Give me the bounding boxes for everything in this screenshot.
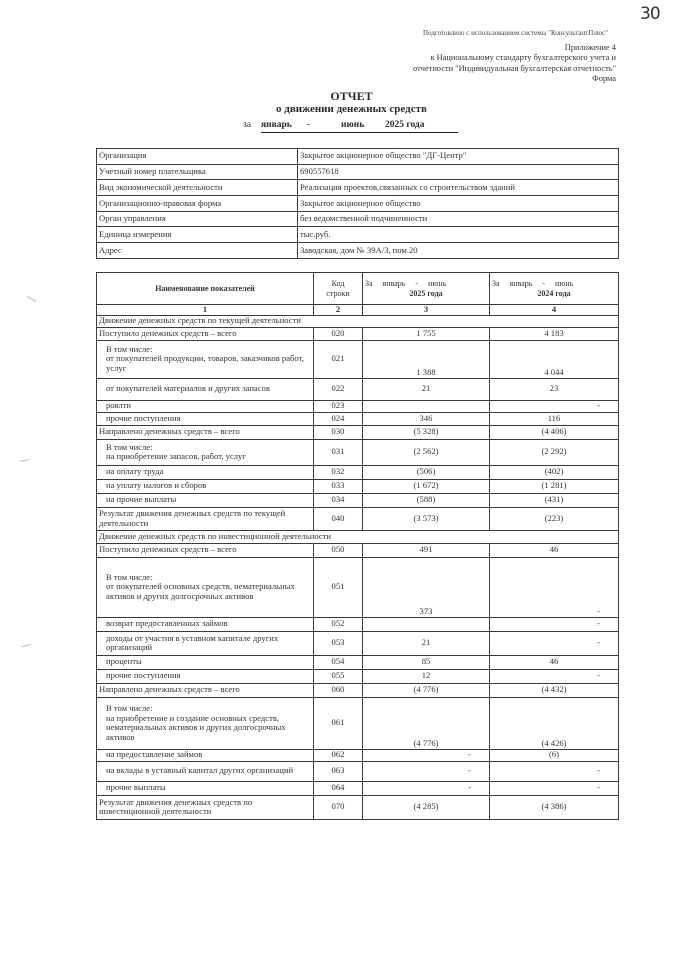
- row-name-text: на оплату труда: [106, 467, 311, 477]
- row-value-current: (1 672): [363, 479, 490, 493]
- column-number-row: 1 2 3 4: [97, 305, 619, 316]
- row-code: 063: [314, 761, 363, 781]
- row-name-text: на приобретение и создание основных сред…: [106, 714, 311, 743]
- table-row: прочие поступления05512-: [97, 669, 619, 683]
- row-code: 052: [314, 617, 363, 631]
- row-value-current: (4 776): [363, 697, 490, 749]
- row-name: В том числе:на приобретение запасов, раб…: [97, 439, 314, 465]
- table-row: Поступило денежных средств – всего0201 7…: [97, 327, 619, 340]
- row-name: от покупателей материалов и других запас…: [97, 378, 314, 400]
- report-period: заянварь-июнь2025 года: [243, 120, 443, 130]
- info-row: Орган управлениябез ведомственной подчин…: [97, 211, 619, 227]
- row-code: 021: [314, 340, 363, 378]
- period-separator: -: [307, 120, 341, 130]
- info-row: АдресЗаводская, дом № 39А/3, пом.20: [97, 243, 619, 259]
- row-name-text: Поступило денежных средств – всего: [99, 545, 311, 555]
- row-name-text: доходы от участия в уставном капитале др…: [106, 634, 311, 654]
- row-name: возврат предоставленных займов: [97, 617, 314, 631]
- row-code: 022: [314, 378, 363, 400]
- row-code: 031: [314, 439, 363, 465]
- row-name-text: возврат предоставленных займов: [106, 619, 311, 629]
- header-current-period: За январь - июнь2025 года: [363, 273, 490, 305]
- table-row: возврат предоставленных займов052-: [97, 617, 619, 631]
- row-name-text: от покупателей основных средств, нематер…: [106, 582, 311, 602]
- row-value-current: (3 573): [363, 507, 490, 530]
- header-code-line2: строки: [316, 289, 360, 299]
- col-number-3: 3: [363, 305, 490, 316]
- row-name-text: Направлено денежных средств – всего: [99, 685, 311, 695]
- row-code: 032: [314, 465, 363, 479]
- table-row: на уплату налогов и сборов033(1 672)(1 2…: [97, 479, 619, 493]
- row-value-current: 1 755: [363, 327, 490, 340]
- table-row: от покупателей материалов и других запас…: [97, 378, 619, 400]
- table-row: прочие выплаты064--: [97, 781, 619, 795]
- row-value-previous: 116: [490, 412, 619, 425]
- col-number-2: 2: [314, 305, 363, 316]
- info-label: Организационно-правовая форма: [97, 196, 298, 212]
- row-value-current: (4 285): [363, 795, 490, 819]
- row-value-current: (2 562): [363, 439, 490, 465]
- row-name: прочие выплаты: [97, 781, 314, 795]
- row-name-text: на вклады в уставный капитал других орга…: [106, 766, 311, 776]
- table-row: проценты0548546: [97, 655, 619, 669]
- row-value-current: (5 328): [363, 425, 490, 439]
- row-value-previous: (1 281): [490, 479, 619, 493]
- info-label: Орган управления: [97, 211, 298, 227]
- table-row: В том числе:от покупателей основных сред…: [97, 557, 619, 617]
- header-current-line2: 2025 года: [365, 289, 487, 299]
- row-name: Направлено денежных средств – всего: [97, 425, 314, 439]
- row-value-current: 21: [363, 631, 490, 655]
- row-code: 020: [314, 327, 363, 340]
- row-name: на оплату труда: [97, 465, 314, 479]
- organization-info-table: ОрганизацияЗакрытое акционерное общество…: [96, 148, 619, 259]
- row-name: прочие поступления: [97, 669, 314, 683]
- info-label: Организация: [97, 149, 298, 165]
- row-name: на прочие выплаты: [97, 493, 314, 507]
- row-name-text: роялти: [106, 401, 311, 411]
- row-value-current: -: [363, 761, 490, 781]
- period-to: июнь: [341, 120, 385, 130]
- cash-flow-table: Наименование показателей Кодстроки За ян…: [96, 272, 619, 820]
- info-label: Единица измерения: [97, 227, 298, 243]
- row-name-text: проценты: [106, 657, 311, 667]
- row-value-previous: (402): [490, 465, 619, 479]
- row-code: 060: [314, 683, 363, 697]
- row-value-previous: 46: [490, 655, 619, 669]
- row-code: 034: [314, 493, 363, 507]
- header-code: Кодстроки: [314, 273, 363, 305]
- row-value-previous: -: [490, 617, 619, 631]
- info-value: Заводская, дом № 39А/3, пом.20: [298, 243, 619, 259]
- row-value-previous: (4 386): [490, 795, 619, 819]
- report-title: ОТЧЕТ: [12, 89, 679, 104]
- header-code-line1: Код: [316, 279, 360, 289]
- info-value: Закрытое акционерное общество "ДГ-Центр": [298, 149, 619, 165]
- table-row: Направлено денежных средств – всего030(5…: [97, 425, 619, 439]
- row-code: 070: [314, 795, 363, 819]
- info-row: Организационно-правовая формаЗакрытое ак…: [97, 196, 619, 212]
- info-row: Вид экономической деятельностиРеализация…: [97, 180, 619, 196]
- row-value-previous: -: [490, 631, 619, 655]
- row-name-text: Направлено денежных средств – всего: [99, 427, 311, 437]
- scan-artifact: [21, 644, 32, 653]
- info-label: Вид экономической деятельности: [97, 180, 298, 196]
- row-code: 053: [314, 631, 363, 655]
- table-row: В том числе:от покупателей продукции, то…: [97, 340, 619, 378]
- row-name: В том числе:от покупателей продукции, то…: [97, 340, 314, 378]
- period-year: 2025 года: [385, 120, 424, 130]
- row-code: 023: [314, 400, 363, 412]
- row-name: прочие поступления: [97, 412, 314, 425]
- row-value-previous: 4 044: [490, 340, 619, 378]
- row-code: 055: [314, 669, 363, 683]
- row-value-previous: (431): [490, 493, 619, 507]
- header-name: Наименование показателей: [97, 273, 314, 305]
- row-name: роялти: [97, 400, 314, 412]
- row-value-previous: 23: [490, 378, 619, 400]
- row-name-text: прочие выплаты: [106, 783, 311, 793]
- table-row: Результат движения денежных средств по т…: [97, 507, 619, 530]
- scan-artifact: [24, 296, 36, 307]
- row-code: 061: [314, 697, 363, 749]
- row-value-current: 346: [363, 412, 490, 425]
- row-code: 033: [314, 479, 363, 493]
- row-code: 062: [314, 749, 363, 761]
- section-title: Движение денежных средств по текущей дея…: [97, 315, 619, 327]
- appendix-line-4: Форма: [413, 74, 616, 84]
- section-row-investing: Движение денежных средств по инвестицион…: [97, 530, 619, 543]
- info-row: Единица измерениятыс.руб.: [97, 227, 619, 243]
- row-value-current: (588): [363, 493, 490, 507]
- row-value-current: 1 388: [363, 340, 490, 378]
- row-name-text: Поступило денежных средств – всего: [99, 329, 311, 339]
- row-code: 030: [314, 425, 363, 439]
- info-value: Реализация проектов,связанных со строите…: [298, 180, 619, 196]
- row-name: В том числе:от покупателей основных сред…: [97, 557, 314, 617]
- row-name-text: от покупателей продукции, товаров, заказ…: [106, 354, 311, 374]
- row-name-text: на приобретение запасов, работ, услуг: [106, 452, 311, 462]
- row-code: 040: [314, 507, 363, 530]
- row-value-current: 491: [363, 543, 490, 557]
- row-value-previous: -: [490, 669, 619, 683]
- table-row: В том числе:на приобретение и создание о…: [97, 697, 619, 749]
- row-code: 024: [314, 412, 363, 425]
- row-value-previous: -: [490, 781, 619, 795]
- row-value-previous: (4 426): [490, 697, 619, 749]
- row-value-previous: (223): [490, 507, 619, 530]
- info-row: ОрганизацияЗакрытое акционерное общество…: [97, 149, 619, 165]
- row-code: 054: [314, 655, 363, 669]
- report-subtitle: о движении денежных средств: [12, 103, 679, 115]
- row-value-current: 21: [363, 378, 490, 400]
- appendix-line-3: отчетности "Индивидуальная бухгалтерская…: [413, 64, 616, 74]
- row-code: 064: [314, 781, 363, 795]
- table-row: прочие поступления024346116: [97, 412, 619, 425]
- row-name: В том числе:на приобретение и создание о…: [97, 697, 314, 749]
- table-row: В том числе:на приобретение запасов, раб…: [97, 439, 619, 465]
- info-value: тыс.руб.: [298, 227, 619, 243]
- prepared-note: Подготовлено с использованием системы "К…: [423, 29, 608, 37]
- row-name-text: от покупателей материалов и других запас…: [106, 384, 311, 394]
- row-value-previous: (4 406): [490, 425, 619, 439]
- row-name-text: Результат движения денежных средств по и…: [99, 798, 311, 818]
- row-value-current: 85: [363, 655, 490, 669]
- row-name: Результат движения денежных средств по и…: [97, 795, 314, 819]
- handwritten-page-number: 30: [640, 4, 660, 24]
- appendix-block: Приложение 4 к Национальному стандарту б…: [413, 43, 616, 84]
- appendix-line-2: к Национальному стандарту бухгалтерского…: [413, 53, 616, 63]
- row-name-text: прочие поступления: [106, 414, 311, 424]
- row-name: Направлено денежных средств – всего: [97, 683, 314, 697]
- table-row: на предоставление займов062-(6): [97, 749, 619, 761]
- section-row-operating: Движение денежных средств по текущей дея…: [97, 315, 619, 327]
- row-name: на уплату налогов и сборов: [97, 479, 314, 493]
- info-label: Адрес: [97, 243, 298, 259]
- info-value: 690557618: [298, 164, 619, 180]
- section-title: Движение денежных средств по инвестицион…: [97, 530, 619, 543]
- info-value: Закрытое акционерное общество: [298, 196, 619, 212]
- row-value-current: [363, 617, 490, 631]
- header-previous-period: За январь - июнь2024 года: [490, 273, 619, 305]
- row-value-current: (4 776): [363, 683, 490, 697]
- row-name: Результат движения денежных средств по т…: [97, 507, 314, 530]
- row-name: проценты: [97, 655, 314, 669]
- row-name: Поступило денежных средств – всего: [97, 543, 314, 557]
- table-row: на вклады в уставный капитал других орга…: [97, 761, 619, 781]
- info-value: без ведомственной подчиненности: [298, 211, 619, 227]
- row-value-previous: 4 183: [490, 327, 619, 340]
- row-name-text: на предоставление займов: [106, 750, 311, 760]
- row-value-previous: (2 292): [490, 439, 619, 465]
- row-value-current: 373: [363, 557, 490, 617]
- row-code: 051: [314, 557, 363, 617]
- row-name-text: Результат движения денежных средств по т…: [99, 509, 311, 529]
- table-row: роялти023-: [97, 400, 619, 412]
- row-value-current: [363, 400, 490, 412]
- row-value-previous: 46: [490, 543, 619, 557]
- row-value-current: -: [363, 749, 490, 761]
- col-number-1: 1: [97, 305, 314, 316]
- row-name: Поступило денежных средств – всего: [97, 327, 314, 340]
- row-name-text: на прочие выплаты: [106, 495, 311, 505]
- table-row: на прочие выплаты034(588)(431): [97, 493, 619, 507]
- col-number-4: 4: [490, 305, 619, 316]
- header-previous-line2: 2024 года: [492, 289, 616, 299]
- row-value-previous: -: [490, 557, 619, 617]
- info-row: Учетный номер плательщика690557618: [97, 164, 619, 180]
- table-row: Поступило денежных средств – всего050491…: [97, 543, 619, 557]
- row-name-text: прочие поступления: [106, 671, 311, 681]
- scan-artifact: [19, 459, 30, 468]
- table-row: Направлено денежных средств – всего060(4…: [97, 683, 619, 697]
- table-row: доходы от участия в уставном капитале др…: [97, 631, 619, 655]
- row-name-text: на уплату налогов и сборов: [106, 481, 311, 491]
- period-underline: [261, 132, 458, 133]
- row-name: на вклады в уставный капитал других орга…: [97, 761, 314, 781]
- table-row: на оплату труда032(506)(402): [97, 465, 619, 479]
- row-value-current: 12: [363, 669, 490, 683]
- row-value-previous: -: [490, 400, 619, 412]
- row-name: на предоставление займов: [97, 749, 314, 761]
- row-value-previous: (6): [490, 749, 619, 761]
- info-label: Учетный номер плательщика: [97, 164, 298, 180]
- appendix-line-1: Приложение 4: [413, 43, 616, 53]
- header-current-line1: За январь - июнь: [365, 279, 487, 289]
- row-name: доходы от участия в уставном капитале др…: [97, 631, 314, 655]
- row-value-current: -: [363, 781, 490, 795]
- row-value-current: (506): [363, 465, 490, 479]
- period-from: январь: [261, 120, 307, 130]
- header-previous-line1: За январь - июнь: [492, 279, 616, 289]
- row-code: 050: [314, 543, 363, 557]
- table-row: Результат движения денежных средств по и…: [97, 795, 619, 819]
- row-value-previous: -: [490, 761, 619, 781]
- period-prefix: за: [243, 120, 261, 130]
- table-header-row: Наименование показателей Кодстроки За ян…: [97, 273, 619, 305]
- row-value-previous: (4 432): [490, 683, 619, 697]
